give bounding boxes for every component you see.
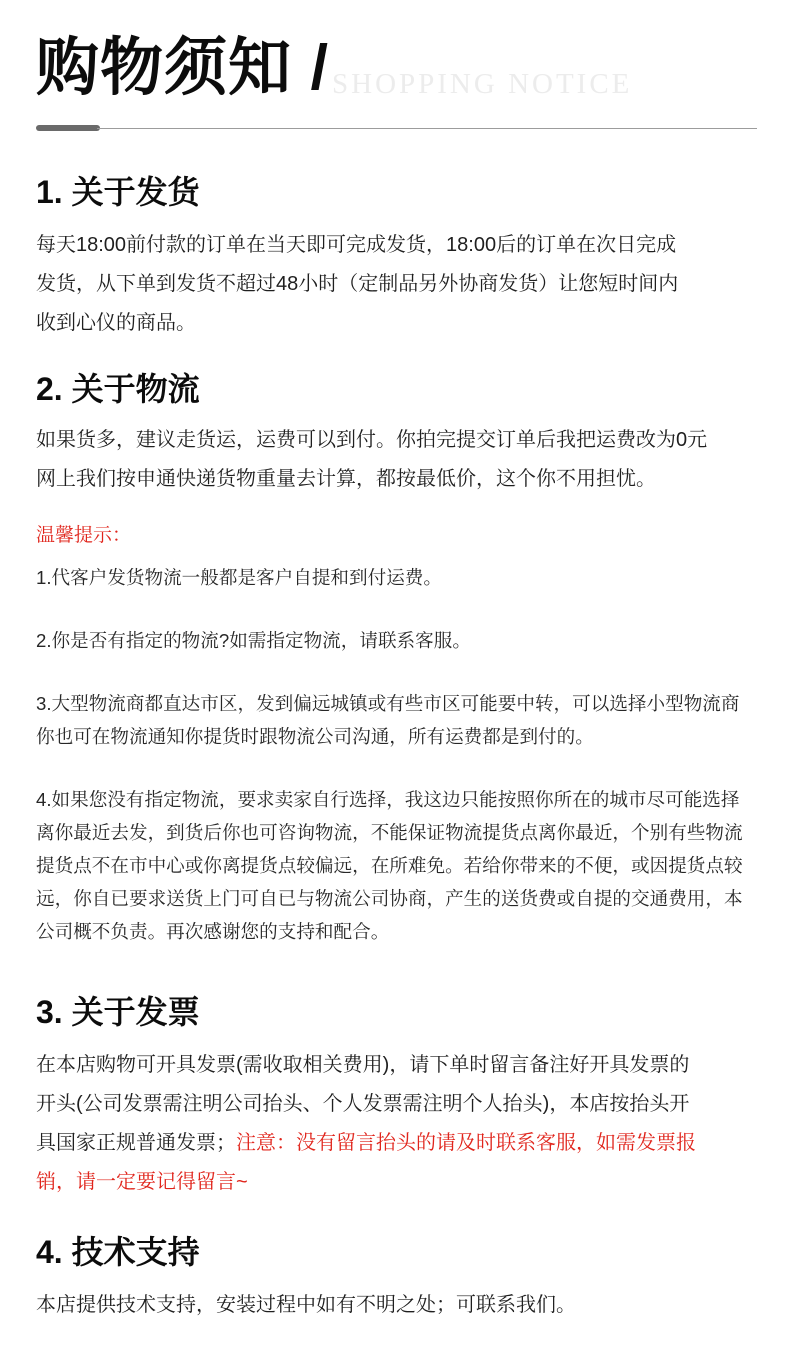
title-divider [36,124,757,132]
tip-item-1: 1.代客户发货物流一般都是客户自提和到付运费。 [36,561,757,594]
section-heading-invoice: 3. 关于发票 [36,990,757,1034]
section-paragraph-logistics: 如果货多，建议走货运，运费可以到付。你拍完提交订单后我把运费改为0元 网上我们按… [36,421,757,499]
tip-item-2: 2.你是否有指定的物流?如需指定物流，请联系客服。 [36,624,757,657]
page-subtitle-watermark: SHOPPING NOTICE [332,68,632,101]
tip-item-4: 4.如果您没有指定物流，要求卖家自行选择，我这边只能按照你所在的城市尽可能选择 … [36,783,757,948]
section-heading-shipping: 1. 关于发货 [36,170,757,214]
section-paragraph-invoice: 在本店购物可开具发票(需收取相关费用)，请下单时留言备注好开具发票的 开头(公司… [36,1046,757,1202]
tip-item-3: 3.大型物流商都直达市区，发到偏远城镇或有些市区可能要中转，可以选择小型物流商 … [36,687,757,753]
tips-label: 温馨提示： [36,523,757,549]
section-heading-support: 4. 技术支持 [36,1230,757,1274]
divider-line [97,128,757,129]
section-paragraph-shipping: 每天18:00前付款的订单在当天即可完成发货，18:00后的订单在次日完成 发货… [36,226,757,343]
section-heading-logistics: 2. 关于物流 [36,367,757,411]
shopping-notice-page: 购物须知 / SHOPPING NOTICE 1. 关于发货 每天18:00前付… [0,0,790,1365]
page-header: 购物须知 / SHOPPING NOTICE [36,28,757,110]
divider-accent-bar [36,125,100,131]
section-paragraph-support: 本店提供技术支持，安装过程中如有不明之处；可联系我们。 [36,1286,757,1325]
logistics-tips: 温馨提示： 1.代客户发货物流一般都是客户自提和到付运费。 2.你是否有指定的物… [36,523,757,948]
